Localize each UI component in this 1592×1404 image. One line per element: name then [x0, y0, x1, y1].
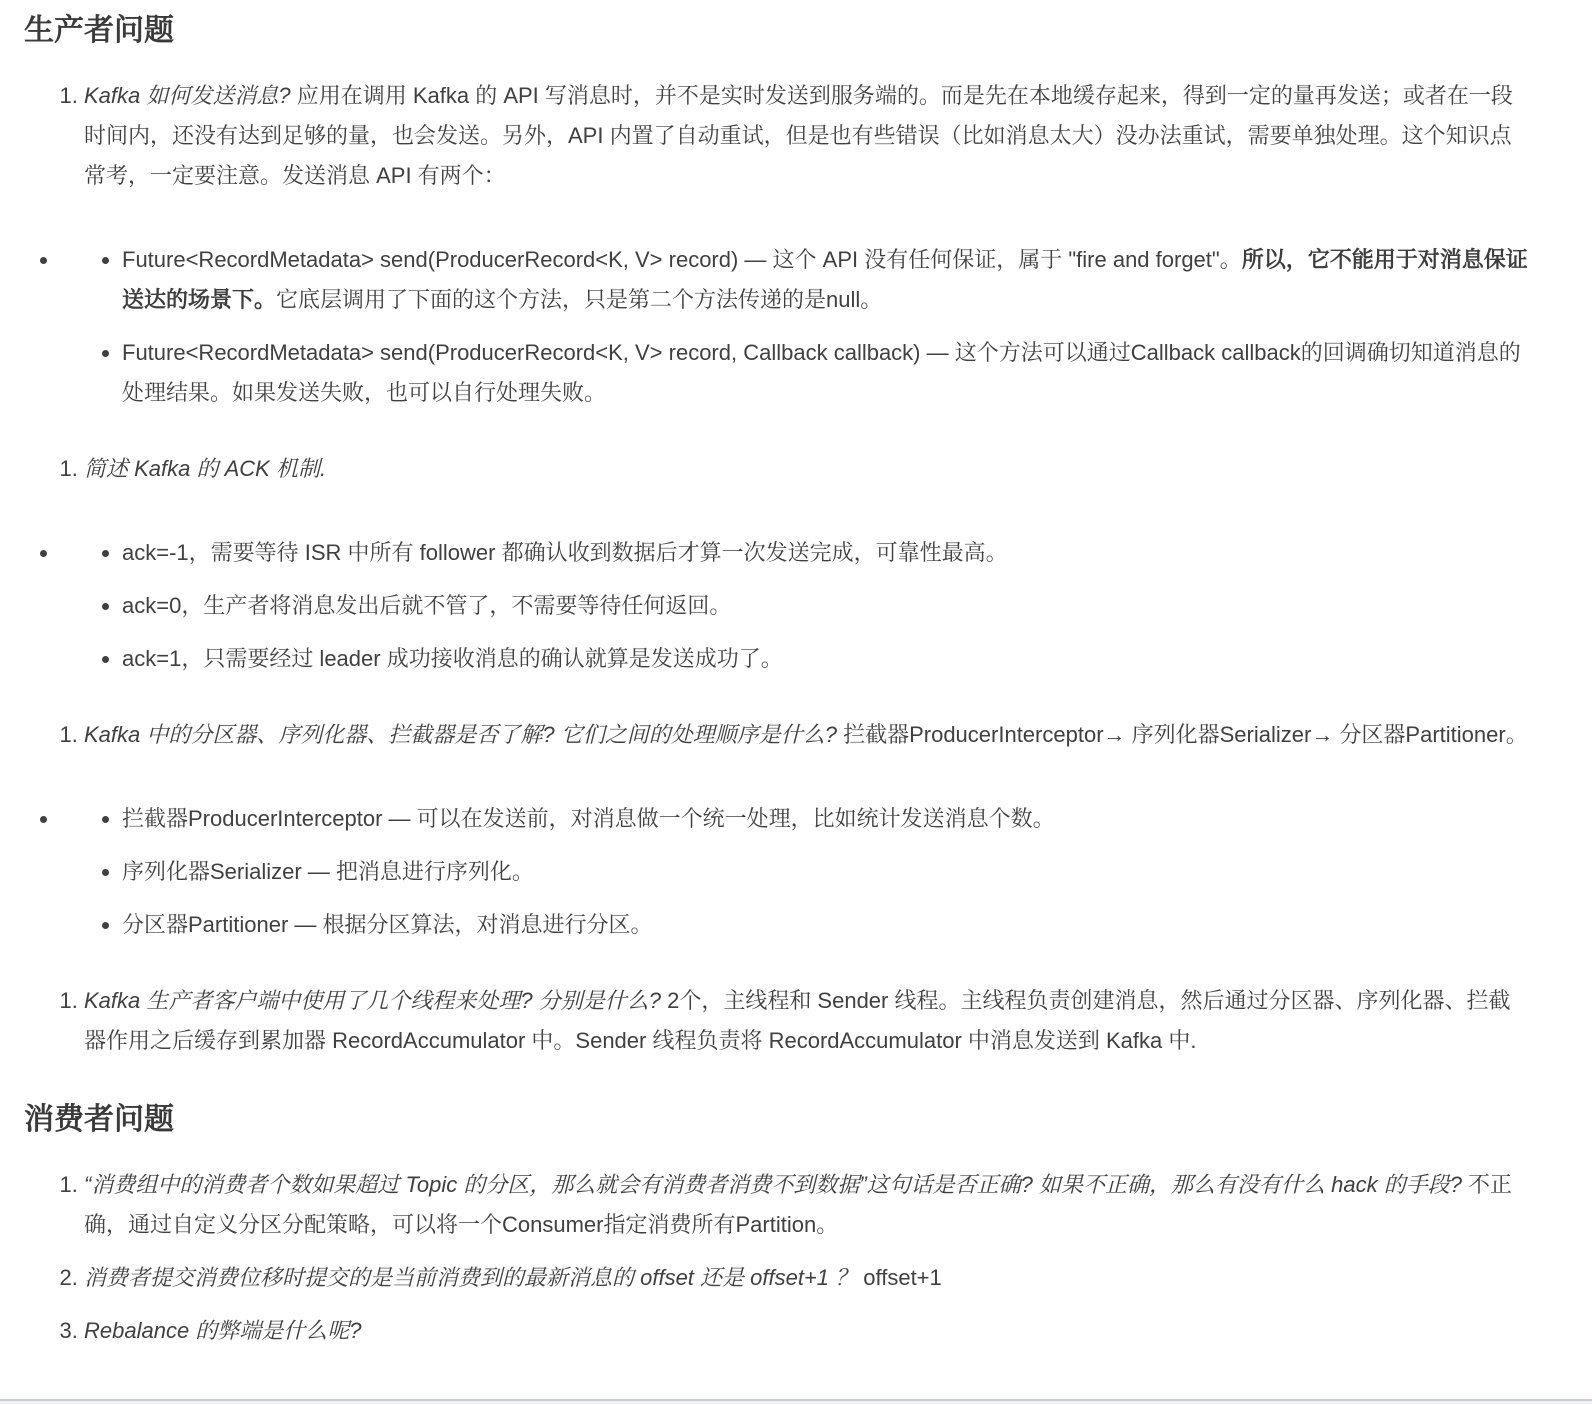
question-item-threads: Kafka 生产者客户端中使用了几个线程来处理? 分别是什么? 2个，主线程和 …: [84, 981, 1530, 1061]
bullet-text: ack=0，生产者将消息发出后就不管了，不需要等待任何返回。: [122, 593, 731, 618]
bullet-text: Future<RecordMetadata> send(ProducerReco…: [122, 340, 1521, 405]
consumer-question-list: “消费组中的消费者个数如果超过 Topic 的分区，那么就会有消费者消费不到数据…: [24, 1165, 1530, 1351]
producer-question-ack-list: 简述 Kafka 的 ACK 机制.: [24, 449, 1530, 489]
bullet-item-interceptor: 拦截器ProducerInterceptor — 可以在发送前，对消息做一个统一…: [122, 799, 1530, 839]
bullet-item-partitioner: 分区器Partitioner — 根据分区算法，对消息进行分区。: [122, 905, 1530, 945]
question-text: Kafka 如何发送消息?: [84, 83, 291, 108]
question-item-consumer-1: “消费组中的消费者个数如果超过 Topic 的分区，那么就会有消费者消费不到数据…: [84, 1165, 1530, 1245]
producer-question-threads-list: Kafka 生产者客户端中使用了几个线程来处理? 分别是什么? 2个，主线程和 …: [24, 981, 1530, 1061]
question-item-consumer-2: 消费者提交消费位移时提交的是当前消费到的最新消息的 offset 还是 offs…: [84, 1258, 1530, 1298]
send-api-inner-list: Future<RecordMetadata> send(ProducerReco…: [60, 240, 1530, 413]
question-text: Kafka 中的分区器、序列化器、拦截器是否了解? 它们之间的处理顺序是什么?: [84, 722, 837, 747]
producer-question-send-list: Kafka 如何发送消息? 应用在调用 Kafka 的 API 写消息时，并不是…: [24, 76, 1530, 196]
ack-bullet-list: ack=-1，需要等待 ISR 中所有 follower 都确认收到数据后才算一…: [24, 533, 1530, 679]
section-divider: [0, 1399, 1592, 1404]
bullet-text: 拦截器ProducerInterceptor — 可以在发送前，对消息做一个统一…: [122, 806, 1055, 831]
bullet-group: 拦截器ProducerInterceptor — 可以在发送前，对消息做一个统一…: [60, 799, 1530, 945]
bullet-item-ack-0: ack=0，生产者将消息发出后就不管了，不需要等待任何返回。: [122, 586, 1530, 626]
bullet-text: ack=1，只需要经过 leader 成功接收消息的确认就算是发送成功了。: [122, 646, 783, 671]
bullet-item-ack-minus1: ack=-1，需要等待 ISR 中所有 follower 都确认收到数据后才算一…: [122, 533, 1530, 573]
answer-text: offset+1: [857, 1265, 942, 1290]
chain-bullet-list: 拦截器ProducerInterceptor — 可以在发送前，对消息做一个统一…: [24, 799, 1530, 945]
chain-inner-list: 拦截器ProducerInterceptor — 可以在发送前，对消息做一个统一…: [60, 799, 1530, 945]
bullet-group: ack=-1，需要等待 ISR 中所有 follower 都确认收到数据后才算一…: [60, 533, 1530, 679]
question-text: Kafka 生产者客户端中使用了几个线程来处理? 分别是什么?: [84, 988, 661, 1013]
question-text: 简述 Kafka 的 ACK 机制.: [84, 456, 326, 481]
bullet-text: 分区器Partitioner — 根据分区算法，对消息进行分区。: [122, 912, 653, 937]
ack-inner-list: ack=-1，需要等待 ISR 中所有 follower 都确认收到数据后才算一…: [60, 533, 1530, 679]
kafka-notes-page: 生产者问题 Kafka 如何发送消息? 应用在调用 Kafka 的 API 写消…: [0, 0, 1592, 1404]
bullet-item-send-api-1: Future<RecordMetadata> send(ProducerReco…: [122, 240, 1530, 320]
bullet-item-send-api-2: Future<RecordMetadata> send(ProducerReco…: [122, 333, 1530, 413]
bullet-text: Future<RecordMetadata> send(ProducerReco…: [122, 247, 1242, 272]
answer-text: 应用在调用 Kafka 的 API 写消息时，并不是实时发送到服务端的。而是先在…: [84, 83, 1513, 188]
question-item-consumer-3: Rebalance 的弊端是什么呢?: [84, 1311, 1530, 1351]
question-text: 消费者提交消费位移时提交的是当前消费到的最新消息的 offset 还是 offs…: [84, 1265, 857, 1290]
question-item-ack: 简述 Kafka 的 ACK 机制.: [84, 449, 1530, 489]
bullet-text: ack=-1，需要等待 ISR 中所有 follower 都确认收到数据后才算一…: [122, 540, 1008, 565]
question-text: “消费组中的消费者个数如果超过 Topic 的分区，那么就会有消费者消费不到数据…: [84, 1172, 1462, 1197]
bullet-text: 序列化器Serializer — 把消息进行序列化。: [122, 859, 534, 884]
producer-section-heading: 生产者问题: [24, 12, 1530, 50]
bullet-item-serializer: 序列化器Serializer — 把消息进行序列化。: [122, 852, 1530, 892]
send-api-bullet-list: Future<RecordMetadata> send(ProducerReco…: [24, 240, 1530, 413]
consumer-section-heading: 消费者问题: [24, 1101, 1530, 1139]
bullet-text: 它底层调用了下面的这个方法，只是第二个方法传递的是null。: [276, 287, 882, 312]
answer-text: 拦截器ProducerInterceptor→ 序列化器Serializer→ …: [837, 722, 1528, 747]
bullet-group: Future<RecordMetadata> send(ProducerReco…: [60, 240, 1530, 413]
question-item-chain: Kafka 中的分区器、序列化器、拦截器是否了解? 它们之间的处理顺序是什么? …: [84, 715, 1530, 755]
question-item-send: Kafka 如何发送消息? 应用在调用 Kafka 的 API 写消息时，并不是…: [84, 76, 1530, 196]
bullet-item-ack-1: ack=1，只需要经过 leader 成功接收消息的确认就算是发送成功了。: [122, 639, 1530, 679]
question-text: Rebalance 的弊端是什么呢?: [84, 1318, 362, 1343]
producer-question-chain-list: Kafka 中的分区器、序列化器、拦截器是否了解? 它们之间的处理顺序是什么? …: [24, 715, 1530, 755]
